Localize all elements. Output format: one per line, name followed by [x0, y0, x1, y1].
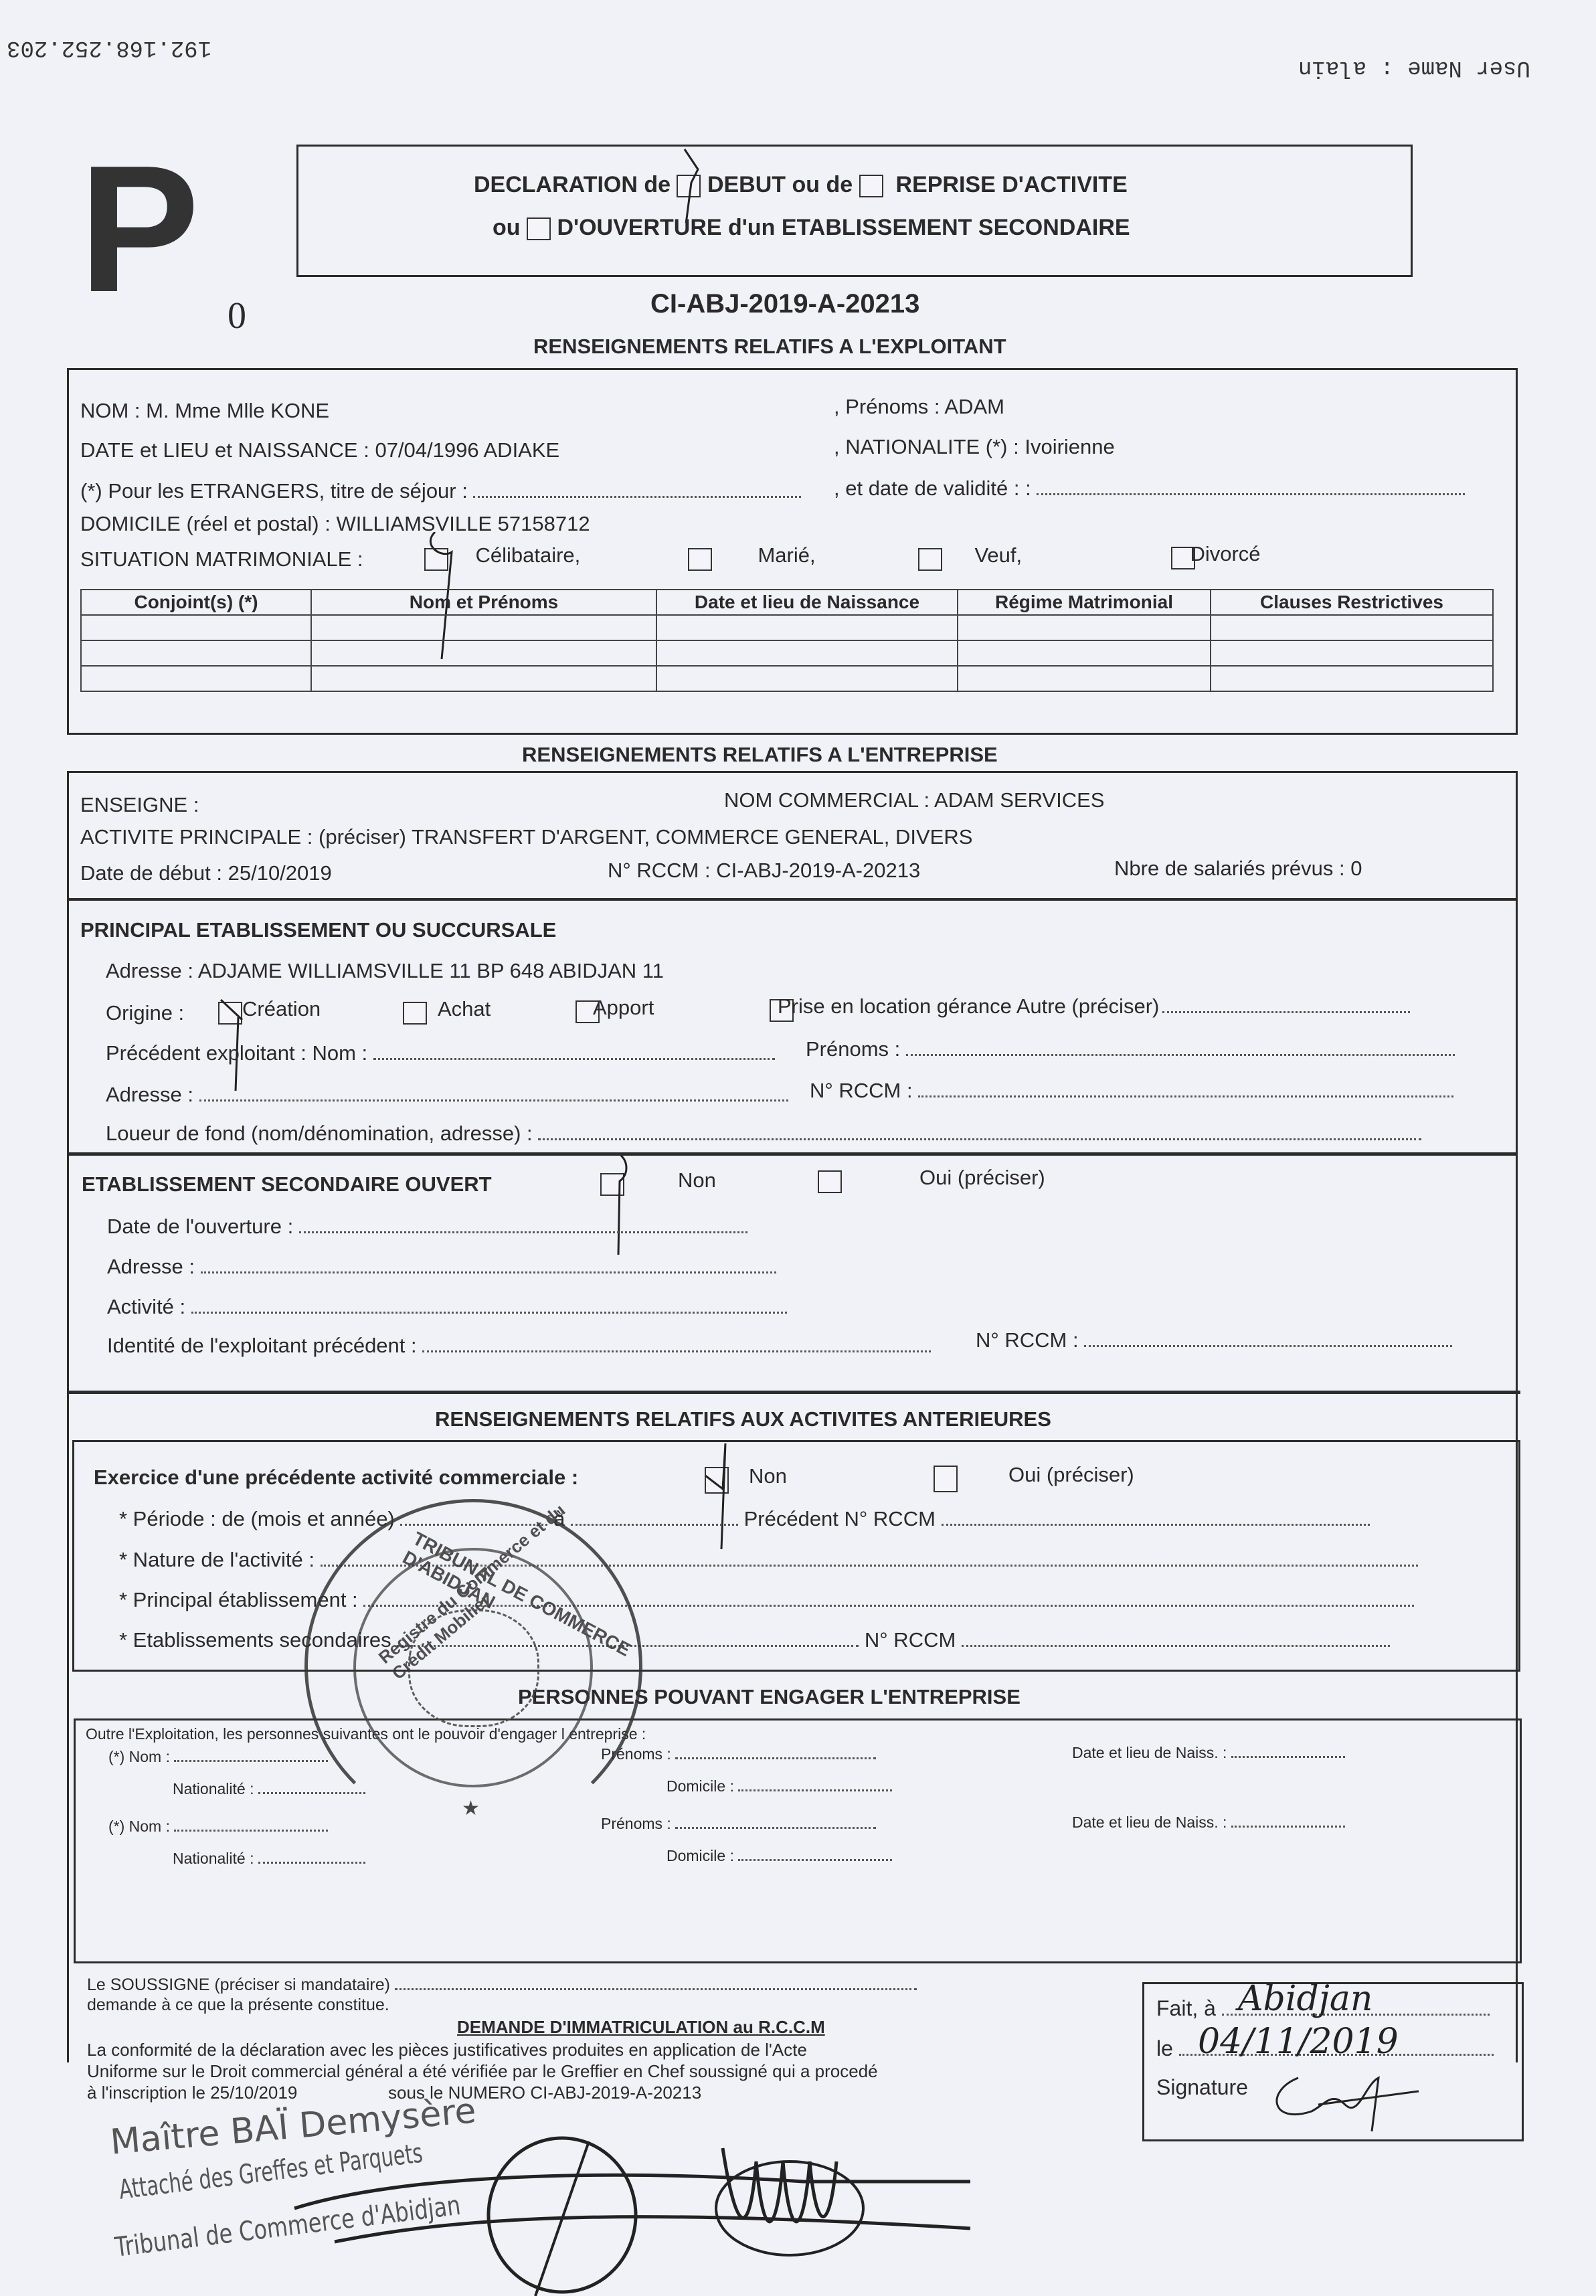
form-sub: 0: [228, 294, 246, 337]
col-conjoint: Conjoint(s) (*): [81, 590, 311, 615]
precedent-prenoms-label: Prénoms :: [806, 1037, 900, 1061]
personne-2-naiss: Date et lieu de Naiss. :: [1072, 1814, 1345, 1832]
origine-achat[interactable]: Achat: [403, 997, 491, 1025]
le-value: 04/11/2019: [1198, 2022, 1399, 2062]
personne-1-domicile: Domicile :: [667, 1777, 892, 1795]
secondaire-title: ETABLISSEMENT SECONDAIRE OUVERT: [82, 1172, 492, 1197]
divider: [67, 1391, 1520, 1394]
conformite-line-2: Uniforme sur le Droit commercial général…: [87, 2061, 878, 2082]
table-row: [81, 640, 1493, 666]
fait-a-label: Fait, à: [1156, 1996, 1216, 2020]
personne-nationalite-label: Nationalité :: [173, 1780, 254, 1797]
secondaire-identite-label: Identité de l'exploitant précédent :: [107, 1334, 417, 1357]
declaration-line-1: DECLARATION de DEBUT ou de REPRISE D'ACT…: [474, 172, 1128, 198]
debut-label: DEBUT ou de: [707, 172, 853, 197]
ouverture-label: D'OUVERTURE d'un ETABLISSEMENT SECONDAIR…: [557, 215, 1130, 240]
fait-a-value: Abidjan: [1238, 1979, 1372, 2019]
personne-nationalite-label: Nationalité :: [173, 1850, 254, 1867]
section-title-exploitant: RENSEIGNEMENTS RELATIFS A L'EXPLOITANT: [533, 335, 1006, 359]
form-letter: P: [79, 153, 199, 306]
situation-veuf[interactable]: Veuf,: [918, 543, 1022, 571]
personne-1-nom: (*) Nom :: [108, 1748, 328, 1766]
reprise-label: REPRISE D'ACTIVITE: [896, 172, 1128, 197]
personne-nom-label: (*) Nom :: [108, 1818, 170, 1835]
achat-label: Achat: [438, 997, 491, 1021]
divider: [67, 1152, 1518, 1156]
secondaire-oui-label: Oui (préciser): [919, 1166, 1045, 1189]
anterieures-non-label: Non: [749, 1464, 787, 1488]
col-naissance: Date et lieu de Naissance: [656, 590, 958, 615]
le-label: le: [1156, 2036, 1173, 2060]
secondaire-activite: Activité :: [107, 1295, 787, 1319]
validite-label: , et date de validité : :: [834, 476, 1031, 500]
personne-2-domicile: Domicile :: [667, 1847, 892, 1865]
secondaire-identite: Identité de l'exploitant précédent :: [107, 1334, 931, 1358]
col-clauses: Clauses Restrictives: [1211, 590, 1493, 615]
situation-divorce[interactable]: Divorcé: [1171, 542, 1261, 569]
personne-naiss-label: Date et lieu de Naiss. :: [1072, 1814, 1227, 1831]
marie-label: Marié,: [758, 543, 815, 567]
inscription-date: à l'inscription le 25/10/2019: [87, 2083, 297, 2103]
prenoms-field: , Prénoms : ADAM: [834, 395, 1004, 419]
conjoint-table-header: Conjoint(s) (*) Nom et Prénoms Date et l…: [81, 590, 1493, 615]
checkbox-debut[interactable]: [677, 175, 701, 197]
principal-title: PRINCIPAL ETABLISSEMENT OU SUCCURSALE: [80, 918, 556, 942]
anterieures-oui-label: Oui (préciser): [1008, 1463, 1134, 1486]
etrangers-label: (*) Pour les ETRANGERS, titre de séjour …: [80, 479, 468, 503]
ou-label: ou: [493, 215, 521, 240]
soussigne-label: Le SOUSSIGNE (préciser si mandataire): [87, 1975, 390, 1994]
secondaire-non-label: Non: [678, 1168, 716, 1192]
secondaire-adresse-label: Adresse :: [107, 1255, 195, 1278]
signature-icon: [1258, 2064, 1432, 2138]
personne-naiss-label: Date et lieu de Naiss. :: [1072, 1744, 1227, 1761]
anterieures-oui[interactable]: Oui (préciser): [934, 1463, 1134, 1492]
periode-label: * Période : de (mois et année): [119, 1507, 395, 1530]
etrangers-field: (*) Pour les ETRANGERS, titre de séjour …: [80, 479, 801, 503]
domicile-field: DOMICILE (réel et postal) : WILLIAMSVILL…: [80, 512, 590, 536]
personne-prenoms-label: Prénoms :: [601, 1815, 671, 1832]
checkbox-anterieures-oui[interactable]: [934, 1466, 958, 1492]
user-name: User Name : alain: [1298, 55, 1530, 80]
soussigne-field: Le SOUSSIGNE (préciser si mandataire): [87, 1975, 917, 1995]
personne-1-nationalite: Nationalité :: [173, 1780, 365, 1798]
checkbox-ouverture[interactable]: [527, 217, 551, 240]
loueur-field: Loueur de fond (nom/dénomination, adress…: [106, 1122, 1421, 1146]
section-title-entreprise: RENSEIGNEMENTS RELATIFS A L'ENTREPRISE: [522, 743, 998, 767]
loueur-label: Loueur de fond (nom/dénomination, adress…: [106, 1122, 533, 1145]
col-nom-prenoms: Nom et Prénoms: [311, 590, 656, 615]
personne-domicile-label: Domicile :: [667, 1847, 734, 1864]
salaries-field: Nbre de salariés prévus : 0: [1114, 857, 1362, 881]
divider: [67, 898, 1518, 901]
stamp-star-icon: ★: [462, 1797, 480, 1820]
greffier-signature-icon: [201, 2135, 1138, 2296]
veuf-label: Veuf,: [974, 543, 1022, 567]
location-label: Prise en location gérance Autre (précise…: [778, 994, 1159, 1018]
nature-field: * Nature de l'activité :: [119, 1548, 1418, 1572]
precedent-rccm: N° RCCM :: [810, 1079, 1453, 1103]
nom-field: NOM : M. Mme Mlle KONE: [80, 399, 329, 423]
nationalite-field: , NATIONALITE (*) : Ivoirienne: [834, 435, 1115, 459]
declaration-line-2: ou D'OUVERTURE d'un ETABLISSEMENT SECOND…: [493, 215, 1130, 241]
personne-domicile-label: Domicile :: [667, 1777, 734, 1795]
origine-apport[interactable]: Apport: [575, 996, 654, 1023]
secondaire-rccm-label: N° RCCM :: [976, 1328, 1079, 1352]
situation-marie[interactable]: Marié,: [688, 543, 816, 571]
personne-2-nationalite: Nationalité :: [173, 1850, 365, 1868]
checkbox-veuf[interactable]: [918, 548, 942, 571]
date-ouverture-label: Date de l'ouverture :: [107, 1215, 293, 1238]
origine-location[interactable]: Prise en location gérance Autre (précise…: [770, 994, 1410, 1022]
precedent-nom: Précédent exploitant : Nom :: [106, 1041, 775, 1065]
check-mark-icon: [703, 1442, 743, 1556]
table-row: [81, 615, 1493, 640]
nom-commercial-field: NOM COMMERCIAL : ADAM SERVICES: [724, 788, 1104, 812]
section-title-anterieures: RENSEIGNEMENTS RELATIFS AUX ACTIVITES AN…: [435, 1407, 1051, 1431]
secondaire-rccm: N° RCCM :: [976, 1328, 1452, 1352]
exercice-label: Exercice d'une précédente activité comme…: [94, 1466, 578, 1490]
precedent-rccm-label: Précédent N° RCCM: [744, 1507, 936, 1530]
personne-2-nom: (*) Nom :: [108, 1818, 328, 1836]
principal-adresse: Adresse : ADJAME WILLIAMSVILLE 11 BP 648…: [106, 959, 664, 983]
checkbox-reprise[interactable]: [859, 175, 883, 197]
anterieures-rccm-label: N° RCCM: [865, 1628, 956, 1652]
precedent-rccm-label: N° RCCM :: [810, 1079, 913, 1102]
fait-box: Fait, à Abidjan le 04/11/2019 Signature: [1142, 1982, 1524, 2141]
ip-address: 192.168.252.203: [7, 35, 211, 60]
personne-nom-label: (*) Nom :: [108, 1748, 170, 1765]
precedent-adresse: Adresse :: [106, 1083, 788, 1107]
precedent-prenoms: Prénoms :: [806, 1037, 1455, 1061]
origine-label: Origine :: [106, 1001, 184, 1025]
principal-etab-field: * Principal établissement :: [119, 1588, 1414, 1612]
precedent-nom-label: Précédent exploitant : Nom :: [106, 1041, 367, 1065]
col-regime: Régime Matrimonial: [958, 590, 1211, 615]
immatriculation-title: DEMANDE D'IMMATRICULATION au R.C.C.M: [457, 2017, 825, 2038]
activite-field: ACTIVITE PRINCIPALE : (préciser) TRANSFE…: [80, 825, 972, 849]
declaration-label: DECLARATION de: [474, 172, 671, 197]
date-ouverture: Date de l'ouverture :: [107, 1215, 747, 1239]
demande-text: demande à ce que la présente constitue.: [87, 1996, 389, 2015]
nature-label: * Nature de l'activité :: [119, 1548, 315, 1571]
personne-1-prenoms: Prénoms :: [601, 1745, 876, 1763]
secondaire-adresse: Adresse :: [107, 1255, 776, 1279]
secondaire-oui[interactable]: Oui (préciser): [818, 1166, 1045, 1193]
checkbox-marie[interactable]: [688, 548, 712, 571]
court-stamp: Registre du Commerce et du Crédit Mobili…: [304, 1499, 642, 1834]
rccm-field: N° RCCM : CI-ABJ-2019-A-20213: [608, 859, 920, 883]
checkbox-secondaire-oui[interactable]: [818, 1170, 842, 1193]
celibataire-label: Célibataire,: [475, 543, 580, 567]
personne-1-naiss: Date et lieu de Naiss. :: [1072, 1744, 1345, 1762]
naissance-field: DATE et LIEU et NAISSANCE : 07/04/1996 A…: [80, 438, 559, 462]
conjoint-table: Conjoint(s) (*) Nom et Prénoms Date et l…: [80, 589, 1494, 692]
validite-field: , et date de validité : :: [834, 476, 1465, 501]
signature-label: Signature: [1156, 2075, 1248, 2100]
divorce-label: Divorcé: [1190, 542, 1260, 565]
declaration-box: DECLARATION de DEBUT ou de REPRISE D'ACT…: [296, 145, 1413, 277]
apport-label: Apport: [593, 996, 654, 1019]
enseigne-field: ENSEIGNE :: [80, 793, 199, 817]
situation-label: SITUATION MATRIMONIALE :: [80, 547, 363, 571]
table-row: [81, 666, 1493, 691]
periode-field: * Période : de (mois et année) à Précéde…: [119, 1507, 1370, 1531]
date-debut-field: Date de début : 25/10/2019: [80, 861, 332, 885]
checkbox-achat[interactable]: [403, 1002, 427, 1025]
secondaire-activite-label: Activité :: [107, 1295, 185, 1318]
precedent-adresse-label: Adresse :: [106, 1083, 193, 1106]
personne-2-prenoms: Prénoms :: [601, 1815, 876, 1833]
check-mark-icon: [671, 143, 711, 223]
check-mark-icon: [609, 1154, 636, 1261]
conformite-line-1: La conformité de la déclaration avec les…: [87, 2040, 807, 2060]
rccm-number-title: CI-ABJ-2019-A-20213: [650, 289, 919, 319]
